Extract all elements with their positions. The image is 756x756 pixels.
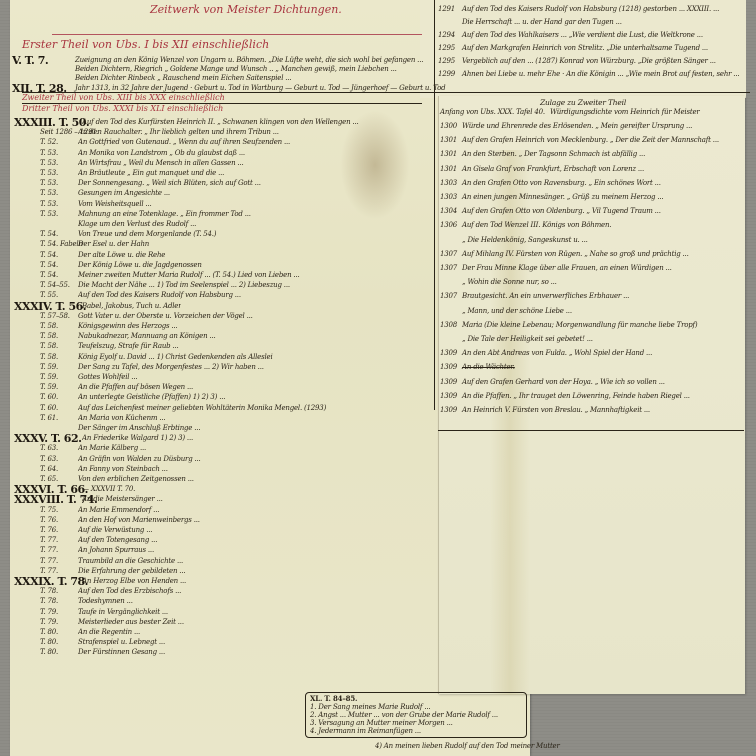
entry-text: An Heinrich V. Fürsten von Breslau. „ Ma… — [462, 406, 650, 415]
entry-label: V. T. 7. — [12, 54, 48, 67]
entry-label: T. 58. — [40, 322, 58, 331]
entry-label: 1295 — [438, 57, 455, 66]
entry-text: „ Die Heldenkönig, Sangeskunst u. ... — [462, 236, 588, 245]
entry-text: Der Sang zu Tafel, des Morgenfestes ... … — [78, 363, 264, 372]
entry-text: Auf die Verwüstung ... — [78, 526, 152, 535]
entry-label: T. 52. — [40, 138, 58, 147]
entry-label: T. 54. — [40, 251, 58, 260]
entry-label: T. 80. — [40, 628, 58, 637]
entry-label: 1309 — [440, 406, 457, 415]
entry-label: T. 54. — [40, 271, 58, 280]
entry-text: Auf den Grafen Gerhard von der Hoya. „ W… — [462, 378, 665, 387]
entry-label: T. 57–58. — [40, 312, 70, 321]
entry-text: An Gräfin von Walden zu Düsburg ... — [78, 455, 201, 464]
entry-text: „ Mann, und der schöne Liebe ... — [462, 307, 572, 316]
entry-label: T. 54. Fabeln — [40, 240, 83, 249]
entry-text: Der Esel u. der Hahn — [78, 240, 149, 249]
paper-fold — [490, 150, 530, 695]
entry-label: T. 53. — [40, 179, 58, 188]
entry-label: T. 59. — [40, 363, 58, 372]
entry-text: Brautgesicht. An ein unverwerfliches Erb… — [462, 292, 629, 301]
entry-label: 1295 — [438, 44, 455, 53]
insert-subheading-left: Anfang von Ubs. XXX. Tafel 40. — [440, 108, 545, 117]
entry-label: XXXIX. T. 78. — [14, 575, 88, 588]
entry-text: Taufe in Vergänglichkeit ... — [78, 608, 168, 617]
entry-text: Teufelszug, Strafe für Raub ... — [78, 342, 179, 351]
entry-text: Auf den Markgrafen Heinrich von Strelitz… — [462, 44, 708, 53]
insert-bottom-rule — [438, 430, 744, 431]
entry-text: Vergeblich auf den ... (1287) Konrad von… — [462, 57, 716, 66]
entry-label: T. 54. — [40, 230, 58, 239]
entry-text: Gottes Wohlfeil ... — [78, 373, 137, 382]
entry-label: 1309 — [440, 363, 457, 372]
entry-text: An Fanny von Steinbach ... — [78, 465, 168, 474]
entry-text: Auf den Tod des Kurfürsten Heinrich II. … — [82, 118, 359, 127]
entry-label: T. 61. — [40, 414, 58, 423]
entry-text: Maria (Die kleine Lebenau; Morgenwandlun… — [462, 321, 697, 330]
part-3-heading: Dritter Theil von Ubs. XXXI bis XLI eins… — [22, 104, 223, 113]
entry-label: T. 76. — [40, 526, 58, 535]
entry-label: T. 58. — [40, 332, 58, 341]
header-rule — [52, 34, 422, 35]
entry-text: Nabukadnezar, Mannuang an Königen ... — [78, 332, 216, 341]
entry-text: An die Wächter. — [462, 363, 515, 372]
entry-label: T. 64. — [40, 465, 58, 474]
entry-text: An Monika von Landstrom „ Ob du glaubst … — [78, 149, 245, 158]
entry-text: Auf das Leichenfest meiner geliebten Woh… — [78, 404, 326, 413]
entry-label: XXXIII. T. 50. — [14, 116, 89, 129]
entry-label: T. 63. — [40, 444, 58, 453]
entry-text: „ Die Tale der Heiligkeit sei gebetet! .… — [462, 335, 593, 344]
entry-text: Mahnung an eine Totenklage. „ Ein fromme… — [78, 210, 251, 219]
entry-text: An die Pfaffen auf bösen Wegen ... — [78, 383, 193, 392]
entry-label: T. 53. — [40, 200, 58, 209]
entry-label: T. 77. — [40, 536, 58, 545]
entry-text: An Marie Kälberg ... — [78, 444, 146, 453]
document-title: Zeitwerk von Meister Dichtungen. — [150, 3, 342, 16]
entry-text: „ Wohin die Sonne nur, so ... — [462, 278, 557, 287]
entry-text: An einen jungen Minnesänger. „ Grüß zu m… — [462, 193, 663, 202]
entry-text: An den Abt Andreas von Fulda. „ Wohl Spi… — [462, 349, 652, 358]
entry-text: Vom Weisheitsquell ... — [78, 200, 152, 209]
entry-text: Die Erfahrung der gebildeten ... — [78, 567, 185, 576]
insert-top-rule — [420, 92, 750, 93]
entry-label: T. 53. — [40, 159, 58, 168]
entry-text: Auf den Grafen Heinrich von Mecklenburg.… — [462, 136, 719, 145]
entry-label: T. 80. — [40, 638, 58, 647]
entry-text: Klage um den Verlust des Rudolf ... — [78, 220, 196, 229]
entry-label: 1309 — [440, 349, 457, 358]
entry-label: 1291 — [438, 5, 455, 14]
entry-label: T. 53. — [40, 169, 58, 178]
entry-text: Auf den Tod des Erzbischofs ... — [78, 587, 181, 596]
entry-text: An die Regentin ... — [78, 628, 140, 637]
entry-text: Auf den Tod des Wahlkaisers ... „Wie ver… — [462, 31, 703, 40]
entry-text: An Bräutleute „ Ein gut manquet und die … — [78, 169, 224, 178]
entry-text: An Maria von Küchenm ... — [78, 414, 165, 423]
entry-label: 1301 — [440, 136, 457, 145]
entry-text: Die Herrschaft ... u. der Hand gar den T… — [462, 18, 622, 27]
entry-label: T. 53. — [40, 189, 58, 198]
entry-text: An Gottfried von Gutenaud. „ Wenn du auf… — [78, 138, 290, 147]
entry-text: Beiden Dichter Rinbeck „ Rauschend mein … — [75, 74, 291, 83]
entry-label: 1307 — [440, 250, 457, 259]
entry-label: 1306 — [440, 221, 457, 230]
entry-text: An Marie Emmendorf ... — [78, 506, 159, 515]
entry-text: Meiner zweiten Mutter Maria Rudolf ... (… — [78, 271, 300, 280]
entry-text: Der Frau Minne Klage über alle Frauen, a… — [462, 264, 672, 273]
insert-heading: Zulage zu Zweiter Theil — [540, 98, 626, 107]
xl-box-label: XL. T. 84–85. — [310, 694, 357, 703]
entry-text: Der alte Löwe u. die Rehe — [78, 251, 165, 260]
entry-text: Der Sonnengesang. „ Weil sich Blüten, si… — [78, 179, 261, 188]
entry-text: Todeshymnen ... — [78, 597, 133, 606]
xl-box-item: 4. Jedermann im Reimanfügen ... — [310, 727, 421, 736]
entry-text: Der König Löwe u. die Jagdgenossen — [78, 261, 202, 270]
entry-label: T. 54–55. — [40, 281, 70, 290]
entry-text: An die Pfaffen. „ Ihr trauget den Löwenr… — [462, 392, 690, 401]
entry-text: An Johann Spurraus ... — [78, 546, 154, 555]
entry-label: 1309 — [440, 378, 457, 387]
entry-text: Der Sänger im Anschluß Erbtinge ... — [78, 424, 200, 433]
entry-label: T. 79. — [40, 618, 58, 627]
entry-text: Die Macht der Nähe ... 1) Tod im Seelens… — [78, 281, 290, 290]
entry-label: T. 54. — [40, 261, 58, 270]
entry-text: An die Meistersänger ... — [82, 495, 163, 504]
entry-label: T. 78. — [40, 587, 58, 596]
entry-text: Babel, Jakobus, Tuch u. Adler — [82, 302, 181, 311]
entry-label: T. 63. — [40, 455, 58, 464]
entry-text: Ahnen bei Liebe u. mehr Ehe · An die Kön… — [462, 70, 739, 79]
part-1-heading: Erster Theil von Ubs. I bis XII einschli… — [22, 38, 269, 51]
entry-text: Auf den Totengesang ... — [78, 536, 157, 545]
entry-label: T. 60. — [40, 404, 58, 413]
column-divider — [434, 0, 435, 410]
entry-text: Auf den Tod des Kaisers Rudolf von Habsb… — [462, 5, 719, 14]
entry-text: Beiden Dichtern, Riegrich „ Goldene Mang… — [75, 65, 397, 74]
entry-label: XXXV. T. 62. — [14, 432, 81, 445]
entry-text: Strafenspiel u. Lebnegt ... — [78, 638, 165, 647]
entry-label: T. 58. — [40, 353, 58, 362]
entry-label: T. 77. — [40, 557, 58, 566]
entry-text: Jahr 1313, in 32 Jahre der Jugend · Gebu… — [75, 84, 445, 93]
entry-text: An den Hof von Marienweinbergs ... — [78, 516, 200, 525]
entry-label: T. 60. — [40, 393, 58, 402]
entry-text: An Wirtsfrau „ Weil du Mensch in allen G… — [78, 159, 244, 168]
entry-text: Königsgewinn des Herzogs ... — [78, 322, 177, 331]
entry-text: Auf den Tod Wenzel III. Königs von Böhme… — [462, 221, 611, 230]
entry-text: Auf Mihlang IV. Fürsten von Rügen. „ Nah… — [462, 250, 689, 259]
entry-label: 1294 — [438, 31, 455, 40]
entry-label: 1300 — [440, 122, 457, 131]
entry-label: XXXIV. T. 56. — [14, 300, 86, 313]
entry-text: Meisterlieder aus bester Zeit ... — [78, 618, 184, 627]
entry-label: T. 77. — [40, 546, 58, 555]
entry-label: 1307 — [440, 292, 457, 301]
entry-label: T. 75. — [40, 506, 58, 515]
entry-label: 1303 — [440, 193, 457, 202]
entry-label: 1303 — [440, 179, 457, 188]
entry-label: 1308 — [440, 321, 457, 330]
entry-text: An den Grafen Otto von Ravensburg. „ Ein… — [462, 179, 661, 188]
entry-label: T. 59. — [40, 383, 58, 392]
entry-text: An Gisela Graf von Frankfurt, Erbschaft … — [462, 165, 644, 174]
entry-label: T. 80. — [40, 648, 58, 657]
entry-text: Von Treue und dem Morgenlande (T. 54.) — [78, 230, 216, 239]
entry-label: T. 59. — [40, 373, 58, 382]
entry-label: T. 76. — [40, 516, 58, 525]
entry-label: T. 78. — [40, 597, 58, 606]
entry-label: 1301 — [440, 150, 457, 159]
entry-text: An den Rauchalter. „ Ihr lieblich gelten… — [78, 128, 279, 137]
insert-subheading-right: Würdigungsdichte vom Heinrich für Meiste… — [550, 108, 700, 117]
entry-text: Gesungen im Angesichte ... — [78, 189, 170, 198]
entry-text: Traumbild an die Geschichte ... — [78, 557, 183, 566]
entry-text: Gott Vater u. der Oberste u. Vorzeichen … — [78, 312, 253, 321]
entry-text: Zueignung an den König Wenzel von Ungarn… — [75, 56, 423, 65]
entry-text: König Eyolf u. David ... 1) Christ Geden… — [78, 353, 273, 362]
entry-label: 1304 — [440, 207, 457, 216]
entry-text: An unterlegte Geistliche (Pfaffen) 1) 2)… — [78, 393, 225, 402]
entry-text: An Friederike Walgard 1) 2) 3) ... — [82, 434, 193, 443]
entry-label: T. 79. — [40, 608, 58, 617]
entry-label: T. 58. — [40, 342, 58, 351]
entry-label: 1301 — [440, 165, 457, 174]
entry-label: T. 53. — [40, 210, 58, 219]
entry-label: T. 53. — [40, 149, 58, 158]
entry-text: An Herzog Elbe von Henden ... — [82, 577, 186, 586]
entry-text: Würde und Ehrenrede des Erlösenden. „ Me… — [462, 122, 692, 131]
entry-label: 1309 — [440, 392, 457, 401]
entry-text: Auf den Tod des Kaisers Rudolf von Habsb… — [78, 291, 241, 300]
entry-text: Der Fürstinnen Gesang ... — [78, 648, 165, 657]
xl-side-note: 4) An meinen lieben Rudolf auf den Tod m… — [375, 742, 560, 751]
entry-text: Von den erblichen Zeitgenossen ... — [78, 475, 194, 484]
entry-text: An den Sterben. „ Der Tagsonn Schmach is… — [462, 150, 645, 159]
entry-label: XII. T. 28. — [12, 82, 67, 95]
entry-label: 1299 — [438, 70, 455, 79]
entry-label: 1307 — [440, 264, 457, 273]
entry-text: Auf den Grafen Otto von Oldenburg. „ Vil… — [462, 207, 661, 216]
